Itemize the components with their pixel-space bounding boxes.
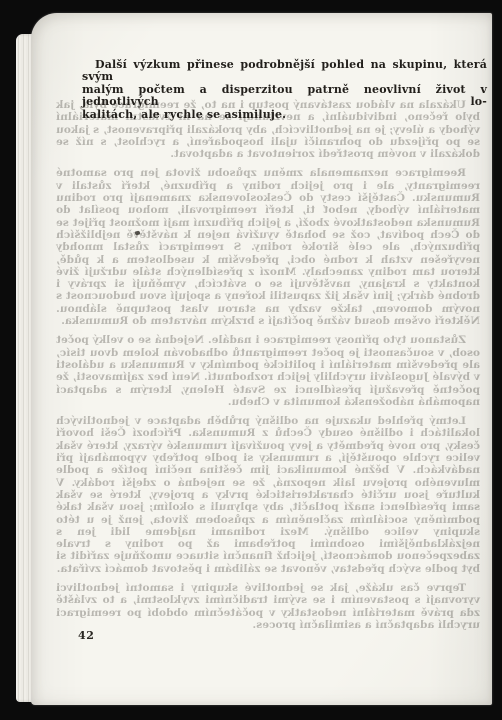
photo-background: Ukázala na vládou zastávaný postup i na …	[0, 0, 502, 720]
paragraph-line: Další výzkum přinese podrobnější pohled …	[82, 59, 487, 84]
book-page: Ukázala na vládou zastávaný postup i na …	[31, 13, 492, 705]
bleedthrough-text: Ukázala na vládou zastávaný postup i na …	[56, 99, 480, 638]
bleedthrough-paragraph: Zůstanou tyto přínosy reemigrace i nadál…	[56, 334, 480, 408]
bleedthrough-paragraph: Reemigrace neznamenala změnu způsobu živ…	[56, 167, 480, 327]
bleedthrough-paragraph: Letmý přehled ukazuje na odlišný průběh …	[56, 415, 480, 575]
body-paragraph: Další výzkum přinese podrobnější pohled …	[82, 59, 487, 121]
paragraph-line: kalitách, ale rychle se asimiluje.	[82, 109, 487, 121]
page-number: 42	[78, 630, 95, 642]
bleedthrough-paragraph: Teprve čas ukáže, jak se jednotlivé skup…	[56, 582, 480, 631]
paragraph-line: malým počtem a disperzitou patrně neovli…	[82, 84, 487, 109]
